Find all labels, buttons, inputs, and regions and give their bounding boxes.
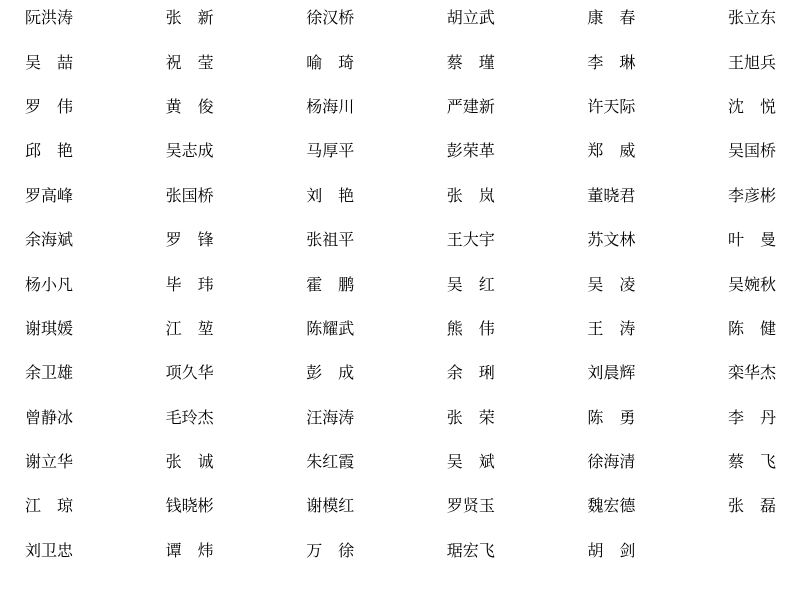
name-character: 胡 <box>587 543 603 559</box>
name-character: 贤 <box>463 498 479 514</box>
name-character: 谭 <box>166 543 182 559</box>
name-character: 革 <box>479 143 495 159</box>
name-character: 吴 <box>25 55 41 71</box>
name-cell: 曾静冰 <box>25 410 73 426</box>
name-cell: 万徐 <box>306 543 354 559</box>
name-character: 罗 <box>25 188 41 204</box>
name-character: 媛 <box>57 321 73 337</box>
name-character: 岚 <box>479 188 495 204</box>
name-character: 曼 <box>760 232 776 248</box>
name-character: 锋 <box>198 232 214 248</box>
name-character: 婉 <box>744 277 760 293</box>
name-character: 喻 <box>306 55 322 71</box>
name-character: 祖 <box>322 232 338 248</box>
name-character: 杰 <box>198 410 214 426</box>
name-character: 静 <box>41 410 57 426</box>
name-character: 徐 <box>587 454 603 470</box>
name-character: 斌 <box>479 454 495 470</box>
name-character: 张 <box>166 188 182 204</box>
name-cell: 陈健 <box>728 321 776 337</box>
name-cell: 李丹 <box>728 410 776 426</box>
name-cell: 张磊 <box>728 498 776 514</box>
name-character: 模 <box>322 498 338 514</box>
name-character: 江 <box>25 498 41 514</box>
name-character: 谢 <box>25 454 41 470</box>
name-character: 卫 <box>41 543 57 559</box>
name-cell: 栾华杰 <box>728 365 776 381</box>
name-character: 余 <box>25 232 41 248</box>
name-cell: 吴国桥 <box>728 143 776 159</box>
name-character: 张 <box>447 410 463 426</box>
name-character: 武 <box>479 10 495 26</box>
name-cell: 余琍 <box>447 365 495 381</box>
name-character: 张 <box>447 188 463 204</box>
name-cell: 吴志成 <box>166 143 214 159</box>
name-character: 谢 <box>306 498 322 514</box>
name-character: 余 <box>447 365 463 381</box>
name-character: 蔡 <box>447 55 463 71</box>
name-cell: 罗高峰 <box>25 188 73 204</box>
name-character: 许 <box>587 99 603 115</box>
name-character: 蔡 <box>728 454 744 470</box>
name-character: 凌 <box>619 277 635 293</box>
name-cell: 琚宏飞 <box>447 543 495 559</box>
name-character: 杨 <box>25 277 41 293</box>
name-character: 桥 <box>760 143 776 159</box>
name-character: 张 <box>306 232 322 248</box>
name-character: 平 <box>338 143 354 159</box>
name-cell: 李琳 <box>587 55 635 71</box>
name-character: 厚 <box>322 143 338 159</box>
name-character: 毕 <box>166 277 182 293</box>
name-cell: 刘晨辉 <box>587 365 635 381</box>
name-character: 春 <box>619 10 635 26</box>
name-cell: 黄俊 <box>166 99 214 115</box>
name-character: 熊 <box>447 321 463 337</box>
name-cell: 康春 <box>587 10 635 26</box>
name-character: 项 <box>166 365 182 381</box>
name-character: 大 <box>463 232 479 248</box>
name-character: 琦 <box>338 55 354 71</box>
name-row: 谢琪媛江堃陈耀武熊伟王涛陈健 <box>0 307 805 351</box>
name-character: 胡 <box>447 10 463 26</box>
name-character: 琳 <box>619 55 635 71</box>
name-character: 喆 <box>57 55 73 71</box>
name-character: 宏 <box>603 498 619 514</box>
name-character: 炜 <box>198 543 214 559</box>
name-character: 玉 <box>479 498 495 514</box>
name-character: 艳 <box>338 188 354 204</box>
name-character: 悦 <box>760 99 776 115</box>
name-character: 兵 <box>760 55 776 71</box>
name-character: 旭 <box>744 55 760 71</box>
name-character: 栾 <box>728 365 744 381</box>
name-character: 海 <box>41 232 57 248</box>
name-character: 谢 <box>25 321 41 337</box>
name-cell: 沈悦 <box>728 99 776 115</box>
name-character: 莹 <box>198 55 214 71</box>
name-character: 玲 <box>182 410 198 426</box>
name-character: 刘 <box>306 188 322 204</box>
name-character: 伟 <box>479 321 495 337</box>
name-cell: 吴婉秋 <box>728 277 776 293</box>
name-character: 海 <box>322 410 338 426</box>
name-cell: 刘卫忠 <box>25 543 73 559</box>
name-cell: 魏宏德 <box>587 498 635 514</box>
name-cell: 谢琪媛 <box>25 321 73 337</box>
name-character: 丹 <box>760 410 776 426</box>
name-character: 吴 <box>166 143 182 159</box>
name-character: 海 <box>322 99 338 115</box>
name-character: 彦 <box>744 188 760 204</box>
name-cell: 祝莹 <box>166 55 214 71</box>
name-character: 吴 <box>447 277 463 293</box>
name-character: 小 <box>41 277 57 293</box>
name-character: 琼 <box>57 498 73 514</box>
name-cell: 蔡飞 <box>728 454 776 470</box>
name-cell: 喻琦 <box>306 55 354 71</box>
name-character: 斌 <box>57 232 73 248</box>
name-character: 俊 <box>198 99 214 115</box>
name-character: 彭 <box>306 365 322 381</box>
name-cell: 杨海川 <box>306 99 354 115</box>
name-character: 文 <box>603 232 619 248</box>
name-character: 鹏 <box>338 277 354 293</box>
name-cell: 董晓君 <box>587 188 635 204</box>
name-character: 江 <box>166 321 182 337</box>
name-cell: 许天际 <box>587 99 635 115</box>
name-cell: 吴红 <box>447 277 495 293</box>
name-character: 成 <box>338 365 354 381</box>
name-character: 剑 <box>619 543 635 559</box>
name-cell: 钱晓彬 <box>166 498 214 514</box>
name-character: 天 <box>603 99 619 115</box>
name-cell: 邱艳 <box>25 143 73 159</box>
name-cell: 吴喆 <box>25 55 73 71</box>
name-character: 建 <box>463 99 479 115</box>
name-character: 耀 <box>322 321 338 337</box>
name-character: 张 <box>728 498 744 514</box>
name-character: 宇 <box>479 232 495 248</box>
name-character: 雄 <box>57 365 73 381</box>
name-cell: 罗锋 <box>166 232 214 248</box>
name-cell: 徐海清 <box>587 454 635 470</box>
name-character: 徐 <box>306 10 322 26</box>
name-row: 邱艳吴志成马厚平彭荣革郑威吴国桥 <box>0 129 805 173</box>
name-cell: 张祖平 <box>306 232 354 248</box>
name-cell: 江堃 <box>166 321 214 337</box>
name-character: 吴 <box>587 277 603 293</box>
name-character: 东 <box>760 10 776 26</box>
name-cell: 王涛 <box>587 321 635 337</box>
name-character: 晨 <box>603 365 619 381</box>
name-cell: 叶曼 <box>728 232 776 248</box>
name-character: 曾 <box>25 410 41 426</box>
name-character: 严 <box>447 99 463 115</box>
name-character: 马 <box>306 143 322 159</box>
name-character: 王 <box>728 55 744 71</box>
name-character: 郑 <box>587 143 603 159</box>
name-character: 德 <box>619 498 635 514</box>
name-character: 朱 <box>306 454 322 470</box>
name-character: 罗 <box>25 99 41 115</box>
name-character: 阮 <box>25 10 41 26</box>
name-character: 诚 <box>198 454 214 470</box>
name-row: 余海斌罗锋张祖平王大宇苏文林叶曼 <box>0 218 805 262</box>
name-cell: 张荣 <box>447 410 495 426</box>
name-character: 霍 <box>306 277 322 293</box>
name-character: 高 <box>41 188 57 204</box>
name-cell: 胡剑 <box>587 543 635 559</box>
name-cell: 蔡瑾 <box>447 55 495 71</box>
name-row: 罗伟黄俊杨海川严建新许天际沈悦 <box>0 85 805 129</box>
name-character: 新 <box>198 10 214 26</box>
name-character: 琪 <box>41 321 57 337</box>
name-cell: 谢模红 <box>306 498 354 514</box>
name-character: 久 <box>182 365 198 381</box>
name-character: 宏 <box>463 543 479 559</box>
name-cell: 胡立武 <box>447 10 495 26</box>
name-character: 霞 <box>338 454 354 470</box>
name-cell: 苏文林 <box>587 232 635 248</box>
name-cell: 徐汉桥 <box>306 10 354 26</box>
name-character: 彭 <box>447 143 463 159</box>
name-row: 罗高峰张国桥刘艳张岚董晓君李彦彬 <box>0 174 805 218</box>
name-cell: 吴凌 <box>587 277 635 293</box>
name-grid: 阮洪涛张新徐汉桥胡立武康春张立东吴喆祝莹喻琦蔡瑾李琳王旭兵罗伟黄俊杨海川严建新许… <box>0 0 805 573</box>
name-cell: 余海斌 <box>25 232 73 248</box>
name-character: 王 <box>447 232 463 248</box>
name-row: 余卫雄项久华彭成余琍刘晨辉栾华杰 <box>0 351 805 395</box>
name-character: 徐 <box>338 543 354 559</box>
name-cell: 张岚 <box>447 188 495 204</box>
name-row: 刘卫忠谭炜万徐琚宏飞胡剑 <box>0 529 805 573</box>
name-character: 清 <box>619 454 635 470</box>
name-character: 冰 <box>57 410 73 426</box>
name-character: 晓 <box>182 498 198 514</box>
name-cell: 汪海涛 <box>306 410 354 426</box>
name-character: 黄 <box>166 99 182 115</box>
name-cell: 张诚 <box>166 454 214 470</box>
name-character: 刘 <box>25 543 41 559</box>
name-character: 洪 <box>41 10 57 26</box>
name-character: 华 <box>198 365 214 381</box>
name-character: 飞 <box>760 454 776 470</box>
name-cell: 王旭兵 <box>728 55 776 71</box>
name-character: 琍 <box>479 365 495 381</box>
name-cell: 王大宇 <box>447 232 495 248</box>
name-cell: 郑威 <box>587 143 635 159</box>
name-character: 成 <box>198 143 214 159</box>
name-cell: 彭成 <box>306 365 354 381</box>
name-cell: 谢立华 <box>25 454 73 470</box>
name-character: 桥 <box>198 188 214 204</box>
name-character: 康 <box>587 10 603 26</box>
name-cell: 张立东 <box>728 10 776 26</box>
name-character: 邱 <box>25 143 41 159</box>
name-character: 涛 <box>57 10 73 26</box>
name-character: 吴 <box>447 454 463 470</box>
name-character: 叶 <box>728 232 744 248</box>
name-character: 陈 <box>587 410 603 426</box>
name-character: 瑾 <box>479 55 495 71</box>
name-character: 涛 <box>338 410 354 426</box>
name-character: 刘 <box>587 365 603 381</box>
name-character: 磊 <box>760 498 776 514</box>
name-cell: 霍鹏 <box>306 277 354 293</box>
name-character: 艳 <box>57 143 73 159</box>
name-character: 王 <box>587 321 603 337</box>
name-character: 汉 <box>322 10 338 26</box>
name-cell: 罗贤玉 <box>447 498 495 514</box>
name-character: 林 <box>619 232 635 248</box>
name-character: 武 <box>338 321 354 337</box>
name-character: 荣 <box>463 143 479 159</box>
name-character: 凡 <box>57 277 73 293</box>
name-character: 红 <box>479 277 495 293</box>
name-character: 平 <box>338 232 354 248</box>
name-character: 川 <box>338 99 354 115</box>
name-character: 董 <box>587 188 603 204</box>
name-character: 李 <box>587 55 603 71</box>
name-cell: 罗伟 <box>25 99 73 115</box>
name-character: 张 <box>166 10 182 26</box>
name-character: 国 <box>744 143 760 159</box>
name-character: 华 <box>744 365 760 381</box>
name-character: 苏 <box>587 232 603 248</box>
name-character: 伟 <box>57 99 73 115</box>
name-character: 祝 <box>166 55 182 71</box>
name-character: 李 <box>728 410 744 426</box>
name-row: 谢立华张诚朱红霞吴斌徐海清蔡飞 <box>0 440 805 484</box>
name-character: 涛 <box>619 321 635 337</box>
name-character: 飞 <box>479 543 495 559</box>
name-cell: 江琼 <box>25 498 73 514</box>
name-row: 阮洪涛张新徐汉桥胡立武康春张立东 <box>0 0 805 40</box>
name-character: 毛 <box>166 410 182 426</box>
name-cell: 吴斌 <box>447 454 495 470</box>
name-character: 玮 <box>198 277 214 293</box>
name-character: 秋 <box>760 277 776 293</box>
name-character: 志 <box>182 143 198 159</box>
name-character: 张 <box>166 454 182 470</box>
name-character: 华 <box>57 454 73 470</box>
name-character: 琚 <box>447 543 463 559</box>
name-cell: 杨小凡 <box>25 277 73 293</box>
name-character: 红 <box>322 454 338 470</box>
name-character: 辉 <box>619 365 635 381</box>
name-character: 堃 <box>198 321 214 337</box>
name-row: 江琼钱晓彬谢模红罗贤玉魏宏德张磊 <box>0 484 805 528</box>
name-character: 余 <box>25 365 41 381</box>
name-character: 峰 <box>57 188 73 204</box>
name-roster-page: 阮洪涛张新徐汉桥胡立武康春张立东吴喆祝莹喻琦蔡瑾李琳王旭兵罗伟黄俊杨海川严建新许… <box>0 0 805 594</box>
name-character: 沈 <box>728 99 744 115</box>
name-character: 国 <box>182 188 198 204</box>
name-row: 曾静冰毛玲杰汪海涛张荣陈勇李丹 <box>0 396 805 440</box>
name-character: 罗 <box>447 498 463 514</box>
name-character: 新 <box>479 99 495 115</box>
name-cell: 马厚平 <box>306 143 354 159</box>
name-character: 忠 <box>57 543 73 559</box>
name-character: 吴 <box>728 143 744 159</box>
name-row: 吴喆祝莹喻琦蔡瑾李琳王旭兵 <box>0 40 805 84</box>
name-character: 海 <box>603 454 619 470</box>
name-character: 红 <box>338 498 354 514</box>
name-character: 健 <box>760 321 776 337</box>
name-cell: 毛玲杰 <box>166 410 214 426</box>
name-character: 立 <box>463 10 479 26</box>
name-cell: 陈耀武 <box>306 321 354 337</box>
name-character: 汪 <box>306 410 322 426</box>
name-character: 钱 <box>166 498 182 514</box>
name-cell: 陈勇 <box>587 410 635 426</box>
name-character: 罗 <box>166 232 182 248</box>
name-cell: 项久华 <box>166 365 214 381</box>
name-character: 李 <box>728 188 744 204</box>
name-character: 晓 <box>603 188 619 204</box>
name-cell: 刘艳 <box>306 188 354 204</box>
name-cell: 熊伟 <box>447 321 495 337</box>
name-cell: 毕玮 <box>166 277 214 293</box>
name-character: 彬 <box>760 188 776 204</box>
name-cell: 谭炜 <box>166 543 214 559</box>
name-character: 陈 <box>728 321 744 337</box>
name-character: 吴 <box>728 277 744 293</box>
name-character: 万 <box>306 543 322 559</box>
name-character: 立 <box>744 10 760 26</box>
name-character: 张 <box>728 10 744 26</box>
name-character: 杨 <box>306 99 322 115</box>
name-character: 卫 <box>41 365 57 381</box>
name-character: 际 <box>619 99 635 115</box>
name-character: 勇 <box>619 410 635 426</box>
name-cell: 张国桥 <box>166 188 214 204</box>
name-character: 桥 <box>338 10 354 26</box>
name-character: 威 <box>619 143 635 159</box>
name-cell: 李彦彬 <box>728 188 776 204</box>
name-cell: 彭荣革 <box>447 143 495 159</box>
name-character: 魏 <box>587 498 603 514</box>
name-character: 杰 <box>760 365 776 381</box>
name-cell: 张新 <box>166 10 214 26</box>
name-cell: 余卫雄 <box>25 365 73 381</box>
name-character: 君 <box>619 188 635 204</box>
name-cell: 严建新 <box>447 99 495 115</box>
name-character: 彬 <box>198 498 214 514</box>
name-row: 杨小凡毕玮霍鹏吴红吴凌吴婉秋 <box>0 262 805 306</box>
name-cell: 阮洪涛 <box>25 10 73 26</box>
name-cell: 朱红霞 <box>306 454 354 470</box>
name-character: 荣 <box>479 410 495 426</box>
name-character: 立 <box>41 454 57 470</box>
name-character: 陈 <box>306 321 322 337</box>
